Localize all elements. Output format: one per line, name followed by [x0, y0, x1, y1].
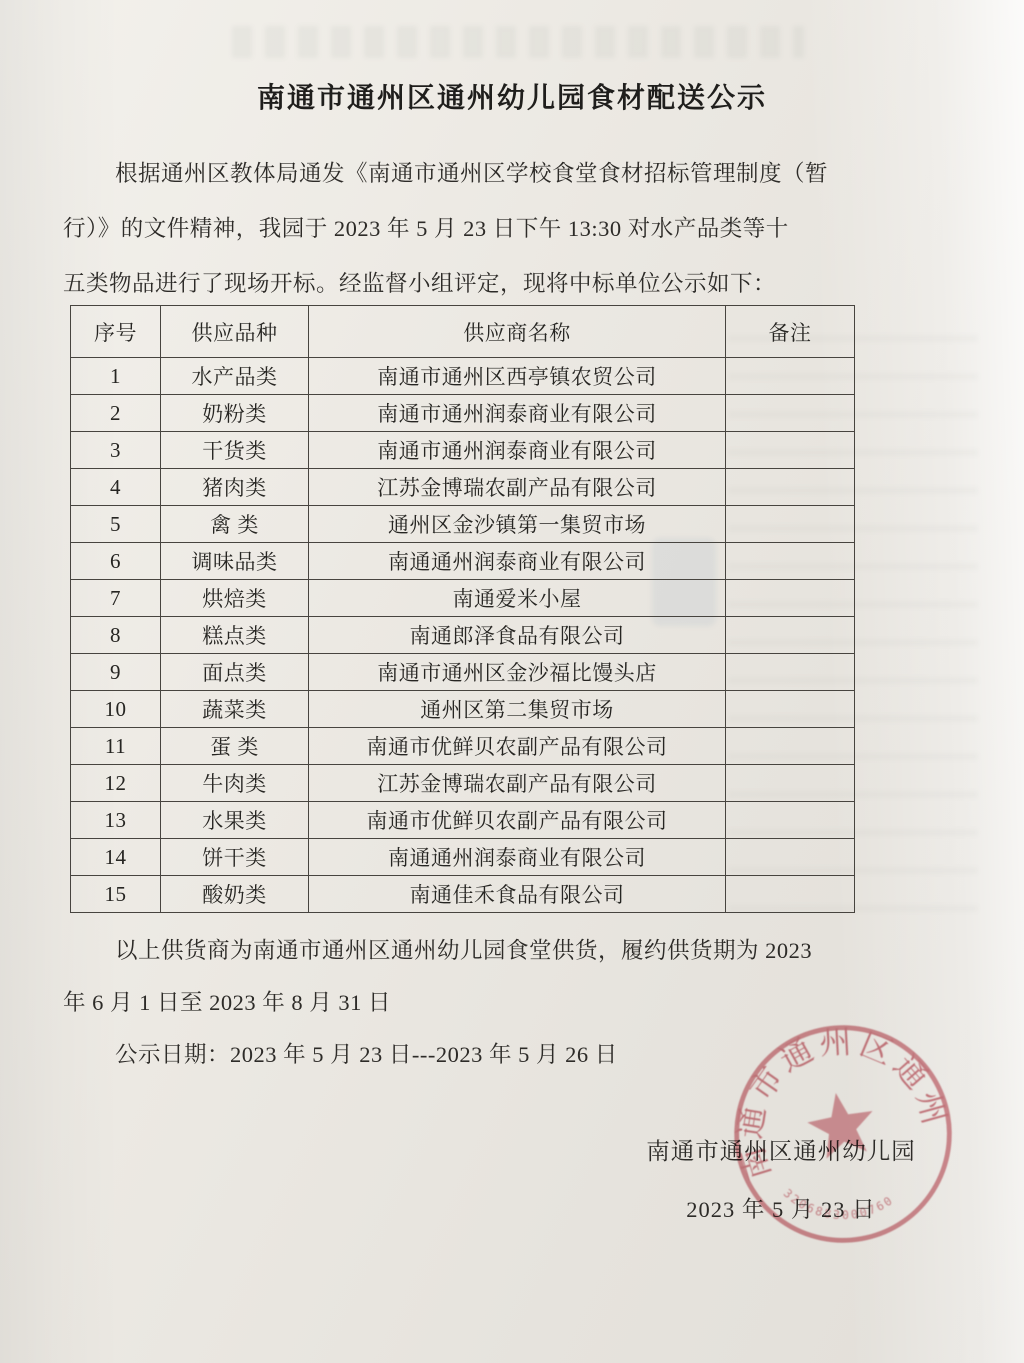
row-no: 12 [71, 765, 161, 802]
row-note [726, 506, 855, 543]
row-no: 11 [71, 728, 161, 765]
row-note [726, 802, 855, 839]
table-row: 15 酸奶类 南通佳禾食品有限公司 [71, 876, 855, 913]
col-header-category: 供应品种 [161, 306, 309, 358]
intro-paragraph: 根据通州区教体局通发《南通市通州区学校食堂食材招标管理制度（暂 行）》的文件精神… [63, 146, 960, 311]
row-category: 面点类 [161, 654, 309, 691]
row-supplier: 江苏金博瑞农副产品有限公司 [309, 765, 726, 802]
row-no: 4 [71, 469, 161, 506]
row-category: 牛肉类 [161, 765, 309, 802]
row-no: 8 [71, 617, 161, 654]
row-supplier: 南通市通州区金沙福比馒头店 [309, 654, 726, 691]
table-row: 9 面点类 南通市通州区金沙福比馒头店 [71, 654, 855, 691]
row-note [726, 580, 855, 617]
row-note [726, 432, 855, 469]
official-seal-stamp: 南通市通州区通州幼儿园 3206883000760 [709, 1000, 978, 1269]
row-category: 酸奶类 [161, 876, 309, 913]
row-no: 6 [71, 543, 161, 580]
row-category: 调味品类 [161, 543, 309, 580]
row-category: 水果类 [161, 802, 309, 839]
bleed-through-artifact [232, 26, 804, 58]
row-note [726, 617, 855, 654]
row-category: 烘焙类 [161, 580, 309, 617]
row-note [726, 395, 855, 432]
row-supplier: 通州区第二集贸市场 [309, 691, 726, 728]
document-title: 南通市通州区通州幼儿园食材配送公示 [0, 76, 1024, 116]
row-note [726, 358, 855, 395]
col-header-no: 序号 [71, 306, 161, 358]
table-header-row: 序号 供应品种 供应商名称 备注 [71, 306, 855, 358]
row-category: 干货类 [161, 432, 309, 469]
row-note [726, 691, 855, 728]
row-supplier: 南通市通州润泰商业有限公司 [309, 432, 726, 469]
row-no: 15 [71, 876, 161, 913]
table-row: 5 禽 类 通州区金沙镇第一集贸市场 [71, 506, 855, 543]
row-no: 5 [71, 506, 161, 543]
row-supplier: 南通佳禾食品有限公司 [309, 876, 726, 913]
row-no: 7 [71, 580, 161, 617]
table-row: 6 调味品类 南通通州润泰商业有限公司 [71, 543, 855, 580]
row-supplier: 南通市通州润泰商业有限公司 [309, 395, 726, 432]
row-supplier: 江苏金博瑞农副产品有限公司 [309, 469, 726, 506]
table-row: 14 饼干类 南通通州润泰商业有限公司 [71, 839, 855, 876]
row-supplier: 南通爱米小屋 [309, 580, 726, 617]
table-row: 4 猪肉类 江苏金博瑞农副产品有限公司 [71, 469, 855, 506]
table-row: 11 蛋 类 南通市优鲜贝农副产品有限公司 [71, 728, 855, 765]
row-note [726, 765, 855, 802]
row-supplier: 通州区金沙镇第一集贸市场 [309, 506, 726, 543]
row-no: 10 [71, 691, 161, 728]
intro-line: 根据通州区教体局通发《南通市通州区学校食堂食材招标管理制度（暂 [63, 146, 960, 201]
seal-serial-number: 3206883000760 [779, 1168, 898, 1233]
row-no: 2 [71, 395, 161, 432]
row-supplier: 南通市优鲜贝农副产品有限公司 [309, 728, 726, 765]
row-no: 13 [71, 802, 161, 839]
table-row: 1 水产品类 南通市通州区西亭镇农贸公司 [71, 358, 855, 395]
row-category: 禽 类 [161, 506, 309, 543]
row-note [726, 469, 855, 506]
table-row: 13 水果类 南通市优鲜贝农副产品有限公司 [71, 802, 855, 839]
row-category: 蛋 类 [161, 728, 309, 765]
table-row: 7 烘焙类 南通爱米小屋 [71, 580, 855, 617]
row-supplier: 南通通州润泰商业有限公司 [309, 543, 726, 580]
intro-line: 五类物品进行了现场开标。经监督小组评定，现将中标单位公示如下： [63, 256, 960, 311]
row-note [726, 728, 855, 765]
row-supplier: 南通通州润泰商业有限公司 [309, 839, 726, 876]
row-no: 1 [71, 358, 161, 395]
scanned-document-page: 南通市通州区通州幼儿园食材配送公示 根据通州区教体局通发《南通市通州区学校食堂食… [0, 0, 1024, 1363]
row-category: 猪肉类 [161, 469, 309, 506]
closing-line: 以上供货商为南通市通州区通州幼儿园食堂供货，履约供货期为 2023 [63, 925, 960, 977]
row-category: 糕点类 [161, 617, 309, 654]
row-supplier: 南通郎泽食品有限公司 [309, 617, 726, 654]
row-category: 水产品类 [161, 358, 309, 395]
table-row: 3 干货类 南通市通州润泰商业有限公司 [71, 432, 855, 469]
row-supplier: 南通市通州区西亭镇农贸公司 [309, 358, 726, 395]
row-no: 14 [71, 839, 161, 876]
intro-line: 行）》的文件精神，我园于 2023 年 5 月 23 日下午 13:30 对水产… [63, 201, 960, 256]
star-icon [803, 1087, 879, 1160]
table-row: 2 奶粉类 南通市通州润泰商业有限公司 [71, 395, 855, 432]
row-no: 3 [71, 432, 161, 469]
col-header-supplier: 供应商名称 [309, 306, 726, 358]
table-row: 12 牛肉类 江苏金博瑞农副产品有限公司 [71, 765, 855, 802]
table-row: 8 糕点类 南通郎泽食品有限公司 [71, 617, 855, 654]
row-supplier: 南通市优鲜贝农副产品有限公司 [309, 802, 726, 839]
row-note [726, 839, 855, 876]
row-note [726, 876, 855, 913]
row-category: 奶粉类 [161, 395, 309, 432]
col-header-note: 备注 [726, 306, 855, 358]
row-category: 蔬菜类 [161, 691, 309, 728]
supplier-table: 序号 供应品种 供应商名称 备注 1 水产品类 南通市通州区西亭镇农贸公司 2 … [70, 305, 855, 913]
row-no: 9 [71, 654, 161, 691]
row-note [726, 543, 855, 580]
table-row: 10 蔬菜类 通州区第二集贸市场 [71, 691, 855, 728]
row-note [726, 654, 855, 691]
row-category: 饼干类 [161, 839, 309, 876]
